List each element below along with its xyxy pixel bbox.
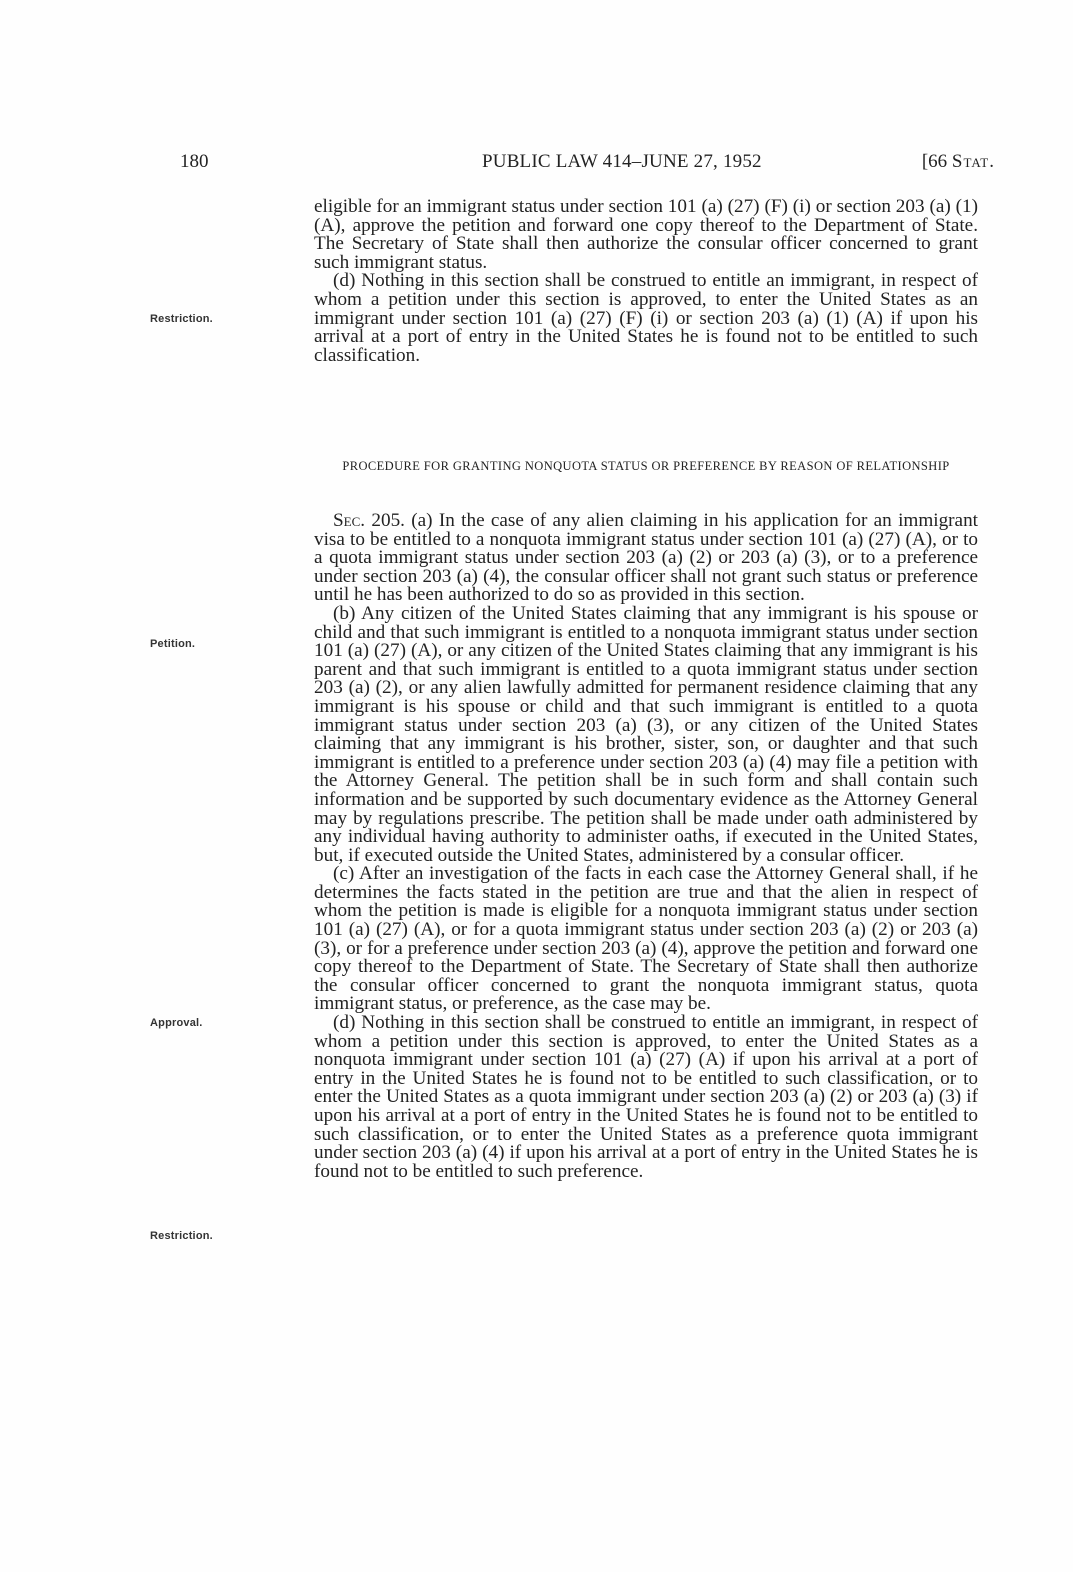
sec205-a-text: (a) In the case of any alien claiming in…: [314, 510, 978, 605]
paragraph-sec205-b: (b) Any citizen of the United States cla…: [314, 605, 978, 865]
section-heading: Procedure for granting nonquota status o…: [314, 458, 978, 475]
body-block-sec205: Sec. 205. (a) In the case of any alien c…: [314, 512, 978, 1181]
paragraph-sec204-d: (d) Nothing in this section shall be con…: [314, 272, 978, 365]
statute-label: Stat.: [952, 151, 995, 172]
margin-note-restriction-2: Restriction.: [150, 1230, 213, 1242]
margin-note-approval: Approval.: [150, 1017, 203, 1029]
statute-volume: [66: [922, 151, 947, 172]
statute-reference: [66 Stat.: [922, 151, 995, 173]
running-head: 180 PUBLIC LAW 414–JUNE 27, 1952 [66 Sta…: [180, 151, 995, 175]
paragraph-continuation: eligible for an immigrant status under s…: [314, 198, 978, 272]
page-number: 180: [180, 151, 209, 173]
paragraph-sec205-a: Sec. 205. (a) In the case of any alien c…: [314, 512, 978, 605]
margin-note-petition: Petition.: [150, 638, 195, 650]
paragraph-sec205-c: (c) After an investigation of the facts …: [314, 865, 978, 1014]
running-head-title: PUBLIC LAW 414–JUNE 27, 1952: [482, 151, 762, 173]
paragraph-sec205-d: (d) Nothing in this section shall be con…: [314, 1014, 978, 1181]
body-block-sec204: eligible for an immigrant status under s…: [314, 198, 978, 365]
document-page: 180 PUBLIC LAW 414–JUNE 27, 1952 [66 Sta…: [0, 0, 1073, 1572]
margin-note-restriction-1: Restriction.: [150, 313, 213, 325]
